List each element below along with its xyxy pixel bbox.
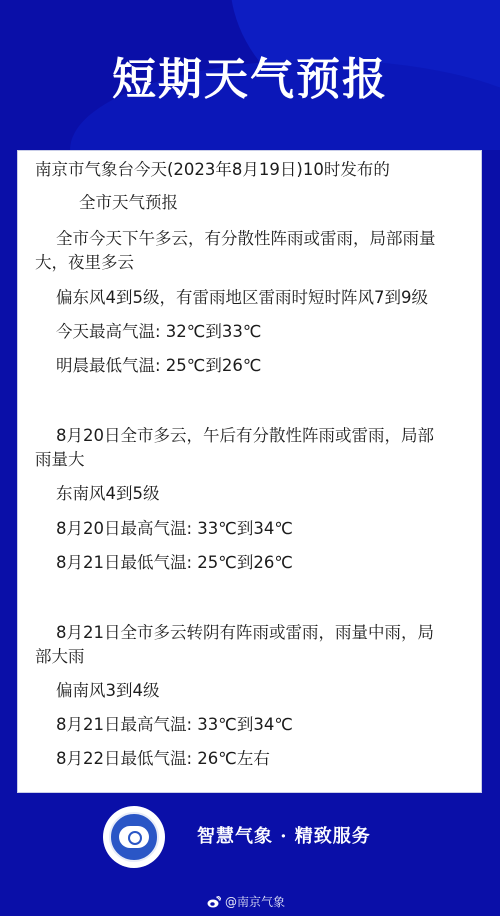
weibo-handle: @南京气象 xyxy=(225,893,285,910)
aug20-summary-line2: 雨量大 xyxy=(35,448,467,472)
aug20-high-temp: 8月20日最高气温: 33℃到34℃ xyxy=(35,517,467,541)
aug21-high-temp: 8月21日最高气温: 33℃到34℃ xyxy=(35,713,467,737)
meteorological-bureau-logo-icon xyxy=(103,806,165,868)
weibo-watermark: @南京气象 xyxy=(207,893,285,910)
forecast-card: 南京市气象台今天(2023年8月19日)10时发布的 全市天气预报 全市今天下午… xyxy=(17,150,482,793)
aug21-summary-line2: 部大雨 xyxy=(35,645,467,669)
aug20-wind: 东南风4到5级 xyxy=(35,482,467,506)
page-title: 短期天气预报 xyxy=(0,52,500,108)
issuer-line: 南京市气象台今天(2023年8月19日)10时发布的 xyxy=(35,158,467,182)
aug22-low-temp: 8月22日最低气温: 26℃左右 xyxy=(35,747,467,771)
aug21-summary-line1: 8月21日全市多云转阴有阵雨或雷雨，雨量中雨，局 xyxy=(35,621,467,645)
slogan: 智慧气象 · 精致服务 xyxy=(197,822,371,848)
forecast-subtitle: 全市天气预报 xyxy=(35,191,467,215)
aug20-summary-line1: 8月20日全市多云，午后有分散性阵雨或雷雨，局部 xyxy=(35,424,467,448)
cloud-icon xyxy=(119,826,149,848)
tomorrow-morning-low-temp: 明晨最低气温: 25℃到26℃ xyxy=(35,354,467,378)
aug21-low-temp: 8月21日最低气温: 25℃到26℃ xyxy=(35,551,467,575)
today-high-temp: 今天最高气温: 32℃到33℃ xyxy=(35,320,467,344)
today-wind: 偏东风4到5级，有雷雨地区雷雨时短时阵风7到9级 xyxy=(35,286,467,310)
header: 短期天气预报 xyxy=(0,0,500,150)
today-summary-line2: 大，夜里多云 xyxy=(35,251,467,275)
aug21-wind: 偏南风3到4级 xyxy=(35,679,467,703)
today-summary-line1: 全市今天下午多云，有分散性阵雨或雷雨，局部雨量 xyxy=(35,227,467,251)
weibo-icon xyxy=(207,896,221,908)
